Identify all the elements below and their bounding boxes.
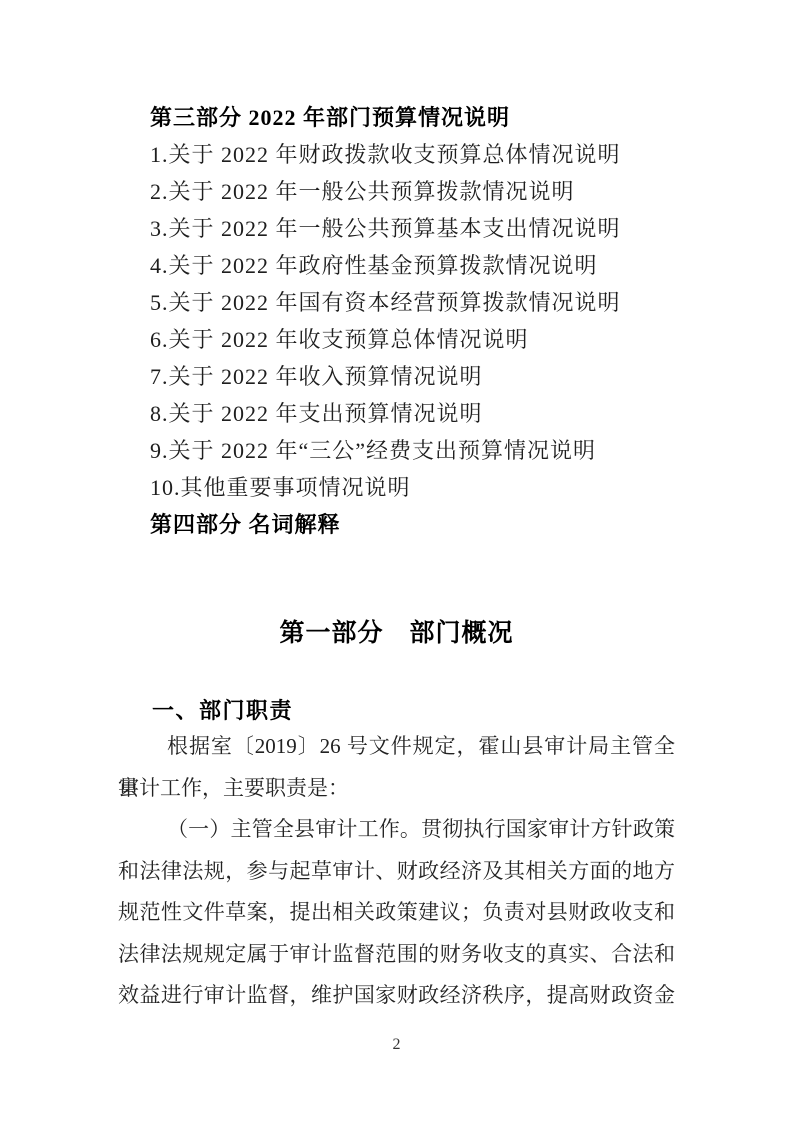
body-text: 根据室〔2019〕26 号文件规定，霍山县审计局主管全县 审计工作，主要职责是：… xyxy=(118,726,675,1017)
paragraph-line: （一）主管全县审计工作。贯彻执行国家审计方针政策 xyxy=(118,809,675,851)
toc-item: 5.关于 2022 年国有资本经营预算拨款情况说明 xyxy=(150,284,693,321)
toc-item: 8.关于 2022 年支出预算情况说明 xyxy=(150,395,693,432)
table-of-contents: 第三部分 2022 年部门预算情况说明 1.关于 2022 年财政拨款收支预算总… xyxy=(150,99,693,543)
part1-heading: 第一部分 部门概况 xyxy=(118,618,675,648)
toc-item: 9.关于 2022 年“三公”经费支出预算情况说明 xyxy=(150,432,693,469)
paragraph-line: 法律法规规定属于审计监督范围的财务收支的真实、合法和 xyxy=(118,934,675,976)
paragraph-line: 审计工作，主要职责是： xyxy=(118,768,675,810)
toc-item: 3.关于 2022 年一般公共预算基本支出情况说明 xyxy=(150,210,693,247)
section-title-duties: 一、部门职责 xyxy=(152,698,293,724)
document-page: 第三部分 2022 年部门预算情况说明 1.关于 2022 年财政拨款收支预算总… xyxy=(0,0,793,1122)
toc-item: 6.关于 2022 年收支预算总体情况说明 xyxy=(150,321,693,358)
paragraph-line: 效益进行审计监督，维护国家财政经济秩序，提高财政资金 xyxy=(118,975,675,1017)
paragraph-line: 规范性文件草案，提出相关政策建议；负责对县财政收支和 xyxy=(118,892,675,934)
page-number: 2 xyxy=(0,1036,793,1054)
toc-item: 4.关于 2022 年政府性基金预算拨款情况说明 xyxy=(150,247,693,284)
toc-item: 2.关于 2022 年一般公共预算拨款情况说明 xyxy=(150,173,693,210)
paragraph-line: 根据室〔2019〕26 号文件规定，霍山县审计局主管全县 xyxy=(118,726,675,768)
toc-item: 10.其他重要事项情况说明 xyxy=(150,469,693,506)
toc-item: 7.关于 2022 年收入预算情况说明 xyxy=(150,358,693,395)
toc-item: 1.关于 2022 年财政拨款收支预算总体情况说明 xyxy=(150,136,693,173)
toc-part4-heading: 第四部分 名词解释 xyxy=(150,506,693,543)
paragraph-line: 和法律法规，参与起草审计、财政经济及其相关方面的地方 xyxy=(118,851,675,893)
toc-part3-heading: 第三部分 2022 年部门预算情况说明 xyxy=(150,99,693,136)
